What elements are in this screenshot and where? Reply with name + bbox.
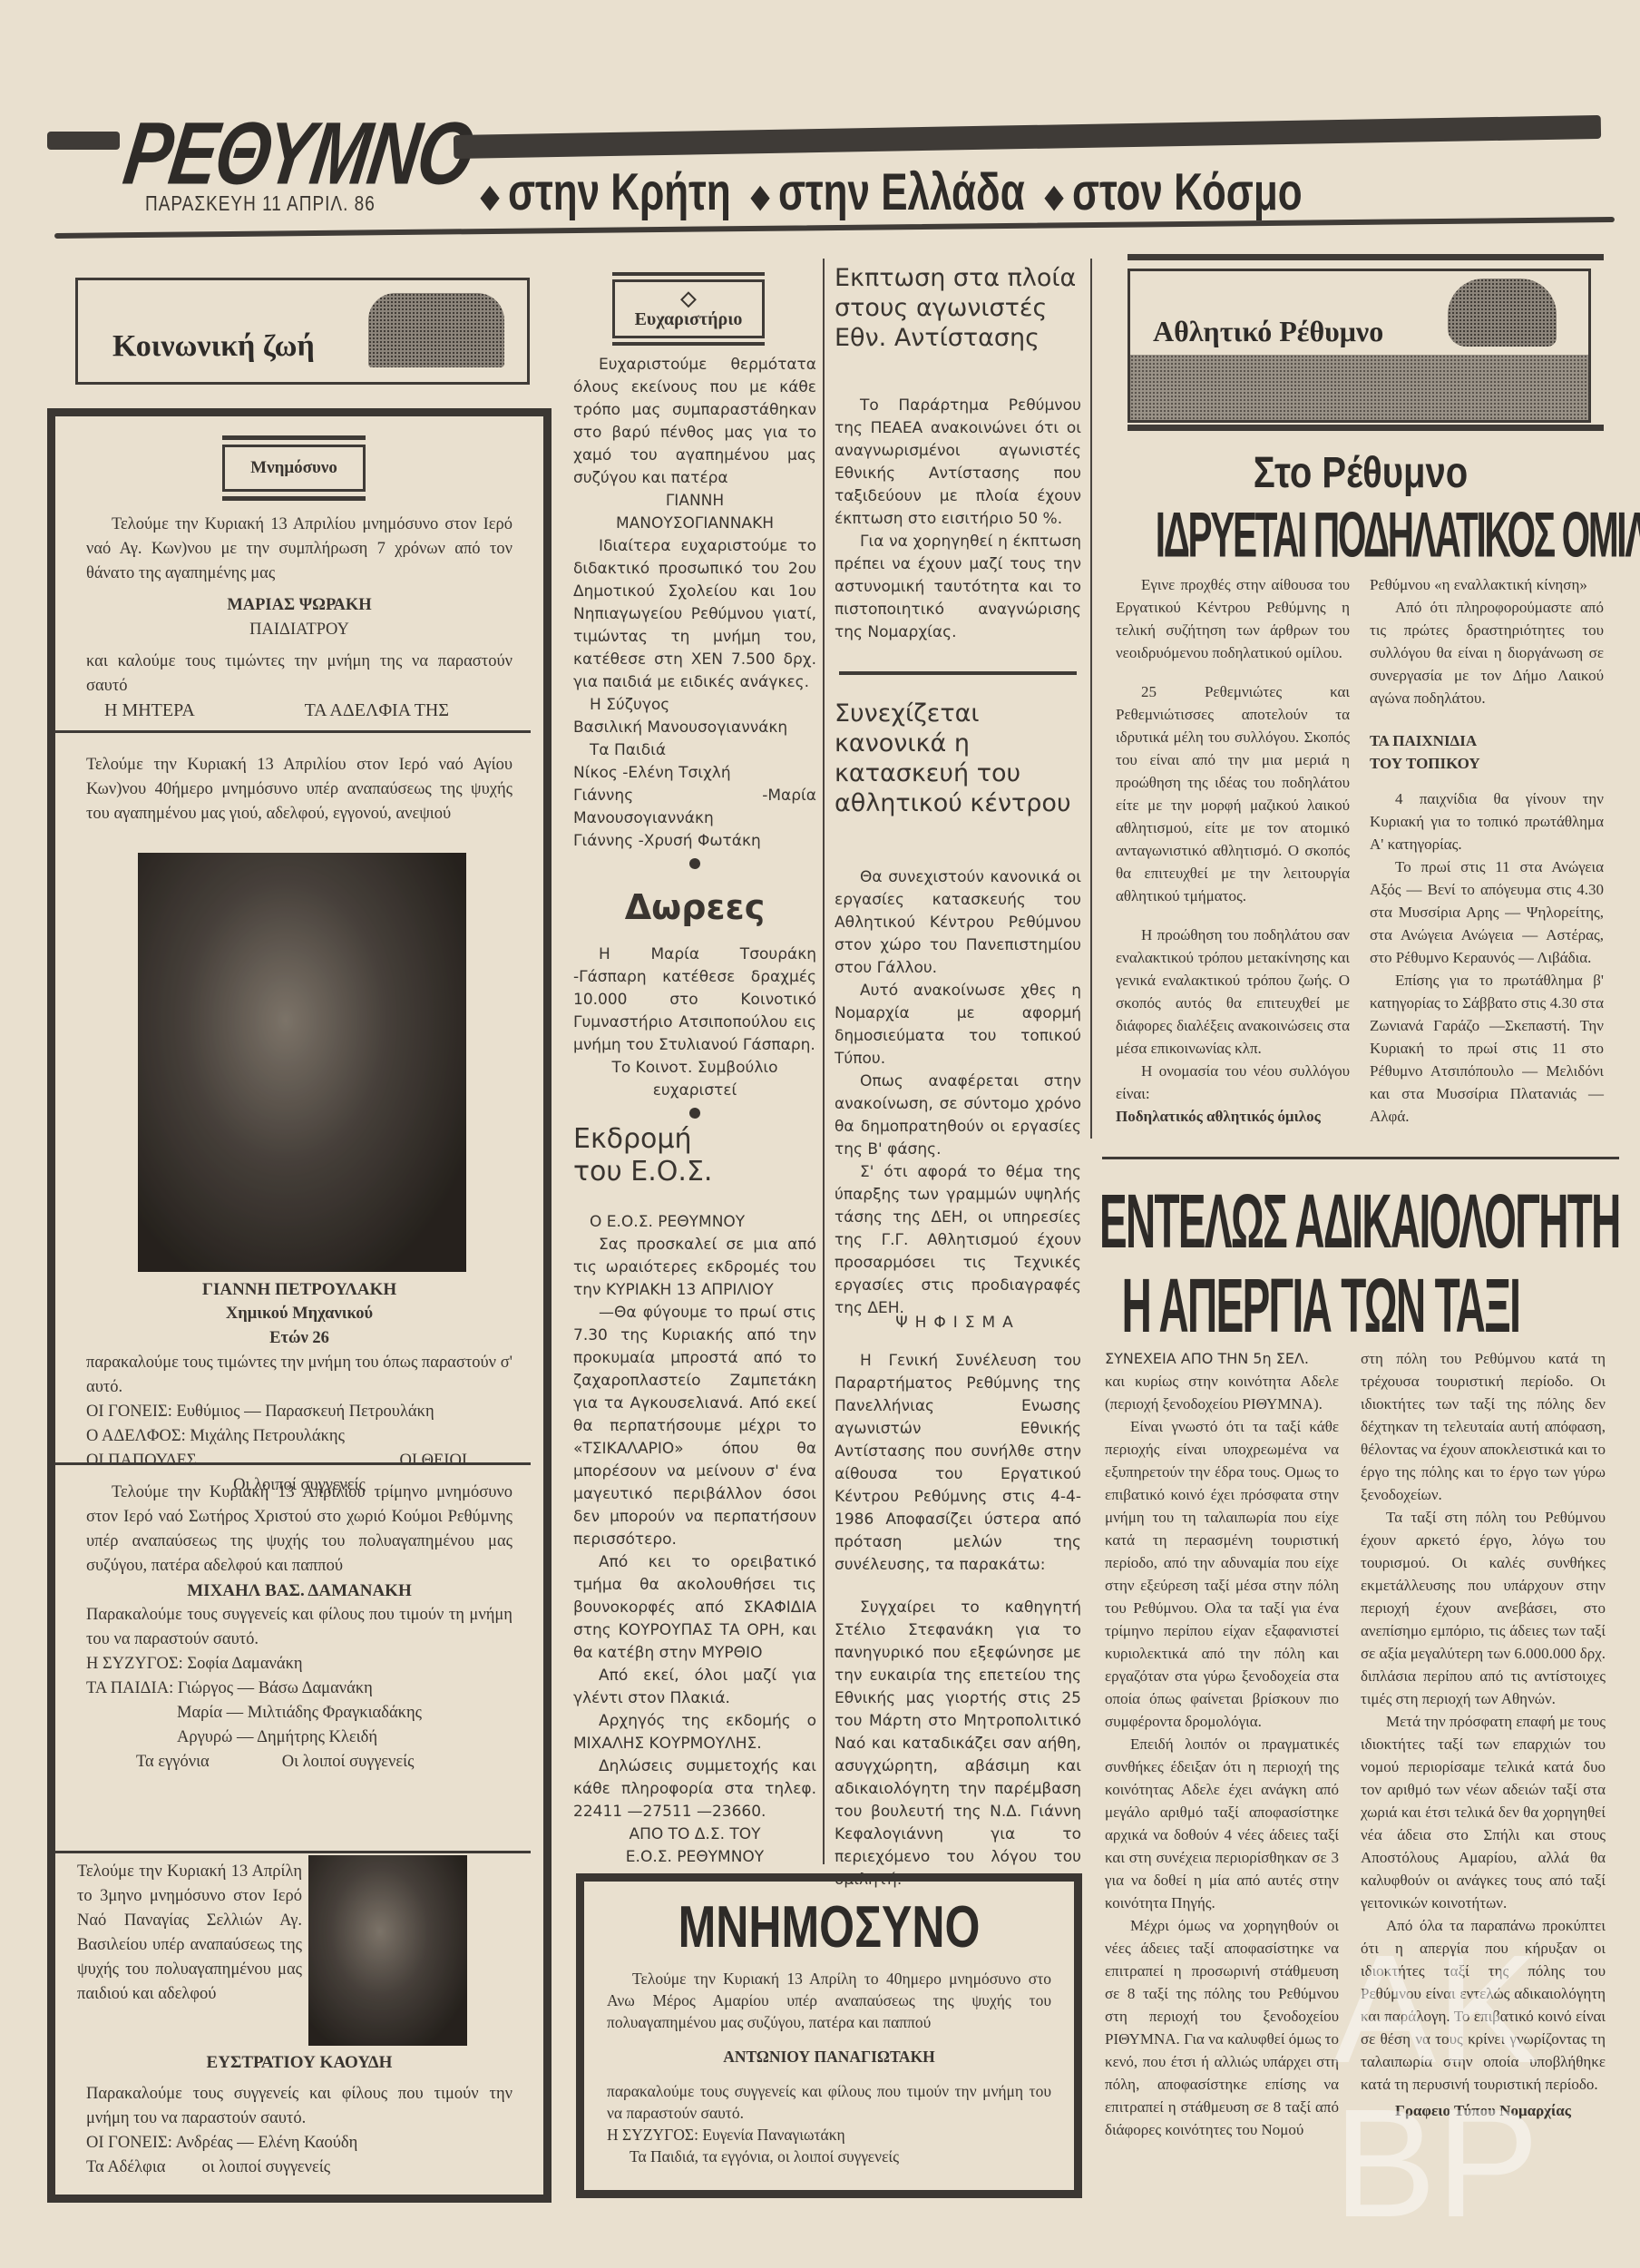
diamond-icon: ◆ bbox=[481, 178, 499, 213]
diamond-ring-icon: ◇ bbox=[615, 288, 762, 309]
masthead-tagline: ◆στην Κρήτη ◆στην Ελλάδα ◆στον Κόσμο bbox=[472, 164, 1303, 223]
runners-illustration-icon bbox=[1448, 279, 1557, 347]
donations-title: Δωρεες bbox=[573, 887, 816, 927]
portrait-photo-petroulakis bbox=[138, 853, 466, 1272]
memorial-3: Τελούμε την Κυριακή 13 Απριλίου τρίμηνο … bbox=[86, 1481, 512, 1774]
sports-center-text: Θα συνεχιστούν κανονικά οι εργασίες κατα… bbox=[835, 866, 1081, 1320]
memorial-2-text: Τελούμε την Κυριακή 13 Απριλίου στον Ιερ… bbox=[86, 753, 512, 826]
excursion-text: Ο Ε.Ο.Σ. ΡΕΘΥΜΝΟΥ Σας προσκαλεί σε μια α… bbox=[573, 1211, 816, 1869]
excursion-title: Εκδρομή του Ε.Ο.Σ. bbox=[573, 1123, 816, 1188]
taxi-text-left: ΣΥΝΕΧΕΙΑ ΑΠΟ ΤΗΝ 5η ΣΕΛ. και κυρίως στην… bbox=[1105, 1347, 1339, 2141]
tagline-crete: στην Κρήτη bbox=[508, 164, 731, 222]
memorial-1: Τελούμε την Κυριακή 13 Απριλίου μνημόσυν… bbox=[86, 513, 512, 723]
diamond-icon: ◆ bbox=[751, 178, 769, 213]
masthead-left-bar bbox=[47, 132, 120, 150]
divider bbox=[54, 1462, 531, 1465]
archive-watermark: ΑΚ ΒΡ bbox=[1333, 1932, 1539, 2241]
diamond-icon: ◆ bbox=[1045, 178, 1063, 213]
divider bbox=[54, 1851, 531, 1853]
memorial-4-details: ΕΥΣΤΡΑΤΙΟΥ ΚΑΟΥΔΗ Παρακαλούμε τους συγγε… bbox=[86, 2050, 512, 2180]
bike-club-text-right: Ρεθύμνου «η εναλλακτική κίνηση» Από ότι … bbox=[1370, 573, 1604, 1128]
bottom-memorial-title: ΜΝΗΜΟΣΥΝΟ bbox=[584, 1892, 1074, 1960]
portrait-photo-kaoudis bbox=[308, 1855, 467, 2046]
social-life-title: Κοινωνική ζωή bbox=[112, 329, 315, 364]
bullet-icon bbox=[689, 1108, 700, 1119]
bike-club-headline: ΙΔΡΥΕΤΑΙ ΠΟΔΗΛΑΤΙΚΟΣ ΟΜΙΛΟΣ bbox=[1156, 499, 1566, 572]
social-life-header: Κοινωνική ζωή bbox=[75, 278, 530, 385]
sports-center-headline: Συνεχίζεται κανονικά η κατασκευή του αθλ… bbox=[835, 699, 1081, 818]
column-rule bbox=[823, 259, 825, 1864]
column-rule bbox=[1090, 259, 1092, 1139]
resolution-title: ΨΗΦΙΣΜΑ bbox=[835, 1314, 1081, 1332]
sports-header-title: Αθλητικό Ρέθυμνο bbox=[1153, 315, 1383, 348]
discount-headline: Εκπτωση στα πλοία στους αγωνιστές Εθν. Α… bbox=[835, 263, 1081, 353]
tagline-greece: στην Ελλάδα bbox=[778, 164, 1025, 222]
memorial-4-text: Τελούμε την Κυριακή 13 Απρίλη το 3μηνο μ… bbox=[77, 1860, 302, 2007]
thanks-notice: Ευχαριστούμε θερμότατα όλους εκείνους πο… bbox=[573, 354, 816, 875]
resolution-text: Η Γενική Συνέλευση του Παραρτήματος Ρεθύ… bbox=[835, 1350, 1081, 1892]
donations-text: Η Μαρία Τσουράκη -Γάσπαρη κατέθεσε δραχμ… bbox=[573, 943, 816, 1124]
divider bbox=[839, 671, 1077, 675]
bottom-memorial-frame: ΜΝΗΜΟΣΥΝΟ Τελούμε την Κυριακή 13 Απρίλη … bbox=[576, 1873, 1082, 2198]
taxi-headline: ΕΝΤΕΛΩΣ ΑΔΙΚΑΙΟΛΟΓΗΤΗ Η ΑΠΕΡΓΙΑ ΤΩΝ ΤΑΞΙ bbox=[1099, 1179, 1523, 1348]
tagline-world: στον Κόσμο bbox=[1072, 164, 1303, 222]
bike-club-text-left: Εγινε προχθές στην αίθουσα του Εργατικού… bbox=[1116, 573, 1350, 1128]
mnimosyno-label: Μνημόσυνο bbox=[222, 435, 366, 501]
bullet-icon bbox=[689, 858, 700, 869]
sports-header-top-rule bbox=[1127, 254, 1604, 260]
sports-header-bottom-rule bbox=[1127, 425, 1604, 431]
masthead-title: ΡΕΘΥΜΝΟ bbox=[119, 109, 477, 198]
bike-club-kicker: Στο Ρέθυμνο bbox=[1107, 449, 1615, 498]
discount-text: Το Παράρτημα Ρεθύμνου της ΠΕΑΕΑ ανακοινώ… bbox=[835, 395, 1081, 644]
thanks-header: ◇ Ευχαριστήριο bbox=[612, 272, 765, 346]
newspaper-page: ΡΕΘΥΜΝΟ ΠΑΡΑΣΚΕΥΗ 11 ΑΠΡΙΛ. 86 ◆στην Κρή… bbox=[0, 0, 1640, 2268]
divider bbox=[54, 730, 531, 733]
sports-header-shade bbox=[1130, 355, 1588, 420]
masthead-top-bar bbox=[454, 115, 1601, 159]
divider bbox=[1102, 1157, 1619, 1159]
sports-header: Αθλητικό Ρέθυμνο bbox=[1127, 269, 1591, 423]
masthead-date: ΠΑΡΑΣΚΕΥΗ 11 ΑΠΡΙΛ. 86 bbox=[145, 193, 376, 217]
group-photo-icon bbox=[368, 293, 504, 367]
